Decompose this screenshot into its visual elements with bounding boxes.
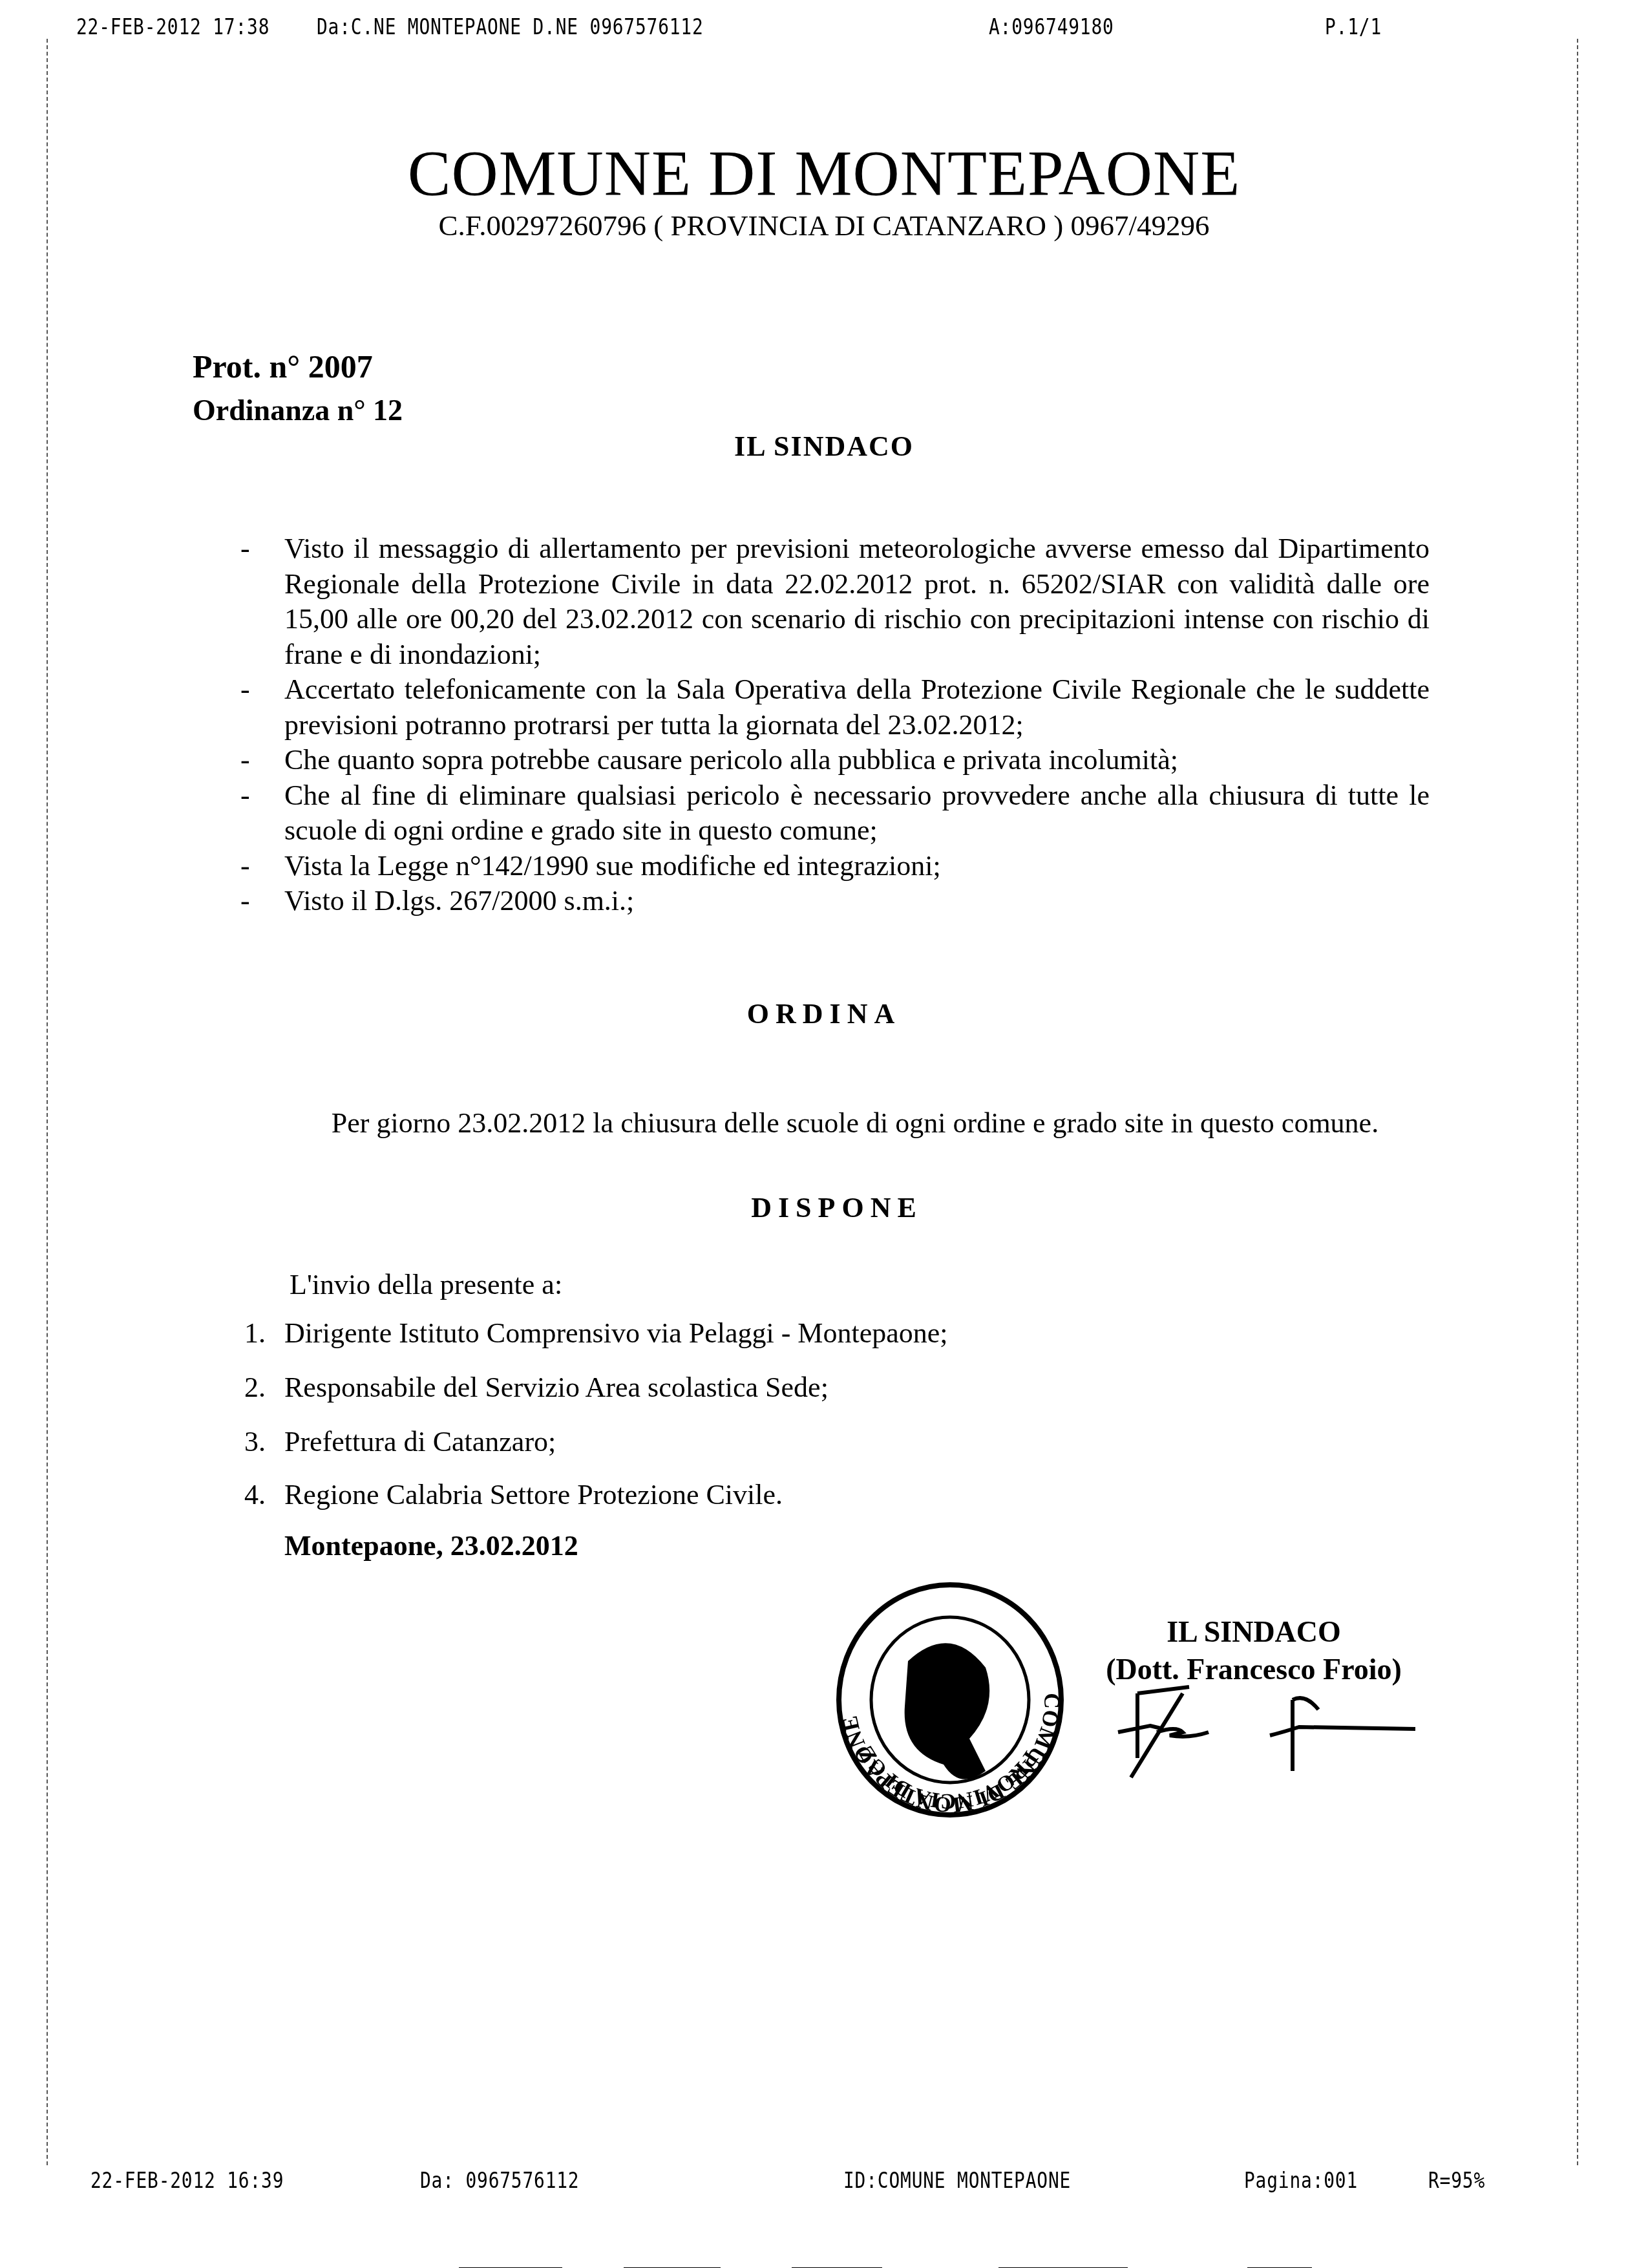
premise-text: Visto il D.lgs. 267/2000 s.m.i.; [284, 885, 634, 917]
signature-role: IL SINDACO [1099, 1615, 1409, 1649]
handwritten-signature-icon [1112, 1680, 1435, 1784]
bullet-dash: - [240, 531, 250, 567]
protocol-number: Prot. n° 2007 [193, 348, 373, 385]
premise-text: Vista la Legge n°142/1990 sue modifiche … [284, 850, 941, 882]
bullet-dash: - [240, 778, 250, 814]
fax-header-to: A:096749180 [989, 14, 1114, 40]
recipient-number: 1. [244, 1317, 266, 1350]
fax-header-page: P.1/1 [1325, 14, 1382, 40]
bullet-dash: - [240, 672, 250, 708]
recipient-number: 4. [244, 1478, 266, 1511]
fax-footer-from: Da: 0967576112 [420, 2168, 579, 2194]
recipient-item: Responsabile del Servizio Area scolastic… [284, 1371, 829, 1404]
premise-text: Che quanto sopra potrebbe causare perico… [284, 744, 1178, 776]
letterhead-title: COMUNE DI MONTEPAONE [0, 136, 1648, 210]
fax-header-datetime: 22-FEB-2012 17:38 [76, 14, 269, 40]
premise-item: -Che al fine di eliminare qualsiasi peri… [240, 778, 1430, 849]
premise-item: -Visto il messaggio di allertamento per … [240, 531, 1430, 672]
section-heading-ordina: ORDINA [0, 997, 1648, 1030]
premise-text: Che al fine di eliminare qualsiasi peric… [284, 779, 1430, 847]
recipient-number: 3. [244, 1425, 266, 1458]
bullet-dash: - [240, 884, 250, 919]
premise-text: Accertato telefonicamente con la Sala Op… [284, 673, 1430, 741]
premise-item: -Accertato telefonicamente con la Sala O… [240, 672, 1430, 743]
recipient-number: 2. [244, 1371, 266, 1404]
fax-footer-resolution: R=95% [1428, 2168, 1485, 2194]
section-heading-sindaco: IL SINDACO [0, 430, 1648, 463]
bullet-dash: - [240, 849, 250, 884]
order-text: Per giorno 23.02.2012 la chiusura delle … [290, 1107, 1421, 1139]
scan-edge-right [1577, 39, 1579, 2165]
bullet-dash: - [240, 743, 250, 778]
section-heading-dispone: DISPONE [13, 1191, 1648, 1224]
ordinance-number: Ordinanza n° 12 [193, 393, 403, 427]
recipient-item: Dirigente Istituto Comprensivo via Pelag… [284, 1317, 947, 1350]
fax-footer-datetime: 22-FEB-2012 16:39 [90, 2168, 284, 2194]
premise-item: -Visto il D.lgs. 267/2000 s.m.i.; [240, 884, 1430, 919]
fax-footer-page: Pagina:001 [1244, 2168, 1358, 2194]
place-date: Montepaone, 23.02.2012 [284, 1529, 578, 1562]
dispositions-intro: L'invio della presente a: [290, 1268, 562, 1301]
fax-footer-id: ID:COMUNE MONTEPAONE [843, 2168, 1071, 2194]
fax-header-from: Da:C.NE MONTEPAONE D.NE 0967576112 [317, 14, 704, 40]
scan-edge-left [47, 39, 49, 2165]
recipient-item: Regione Calabria Settore Protezione Civi… [284, 1478, 783, 1511]
letterhead-subtitle: C.F.00297260796 ( PROVINCIA DI CATANZARO… [0, 209, 1648, 242]
premise-item: -Vista la Legge n°142/1990 sue modifiche… [240, 849, 1430, 884]
recipient-item: Prefettura di Catanzaro; [284, 1425, 556, 1458]
premises-list: -Visto il messaggio di allertamento per … [240, 531, 1430, 919]
premise-item: -Che quanto sopra potrebbe causare peric… [240, 743, 1430, 778]
municipal-seal-icon: PROVINCIA DI CZ COMUNE DI MONTEPAONE [830, 1577, 1070, 1823]
premise-text: Visto il messaggio di allertamento per p… [284, 533, 1430, 670]
